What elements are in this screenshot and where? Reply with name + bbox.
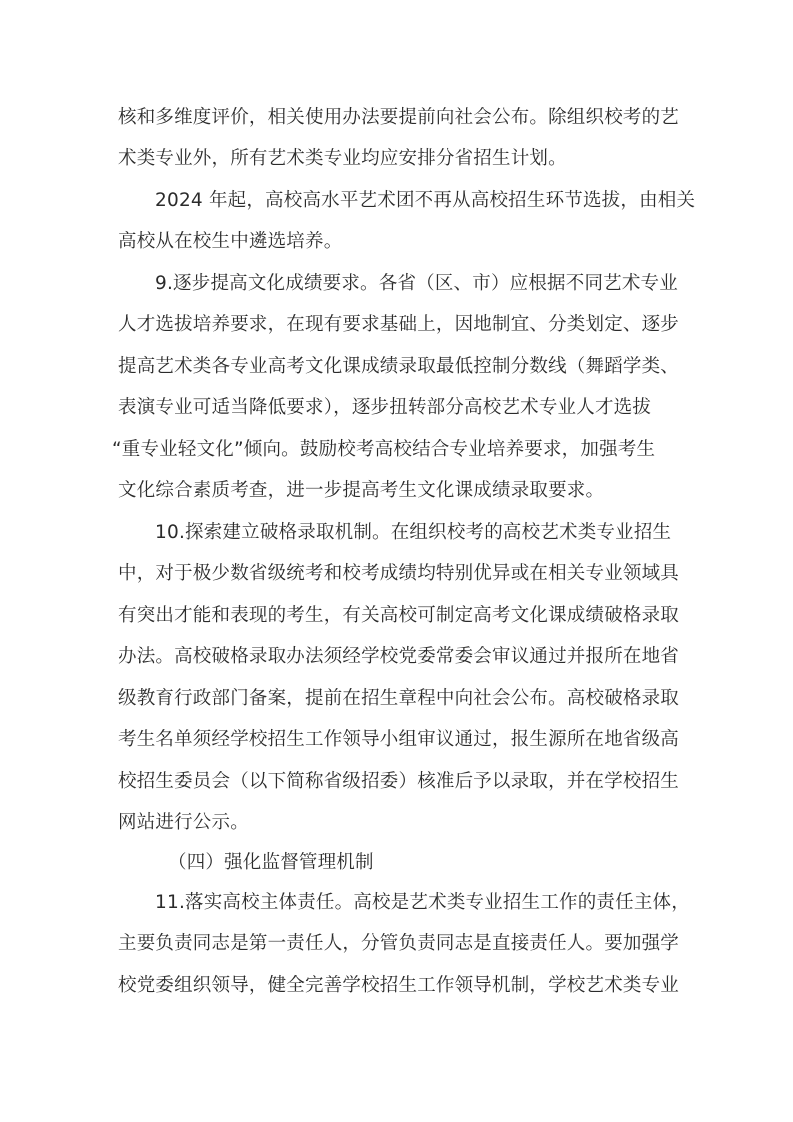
text-line: 校招生委员会（以下简称省级招委）核准后予以录取，并在学校招生	[118, 770, 678, 794]
text-line: 高校从在校生中遴选培养。	[118, 230, 678, 254]
document-page: 核和多维度评价，相关使用办法要提前向社会公布。除组织校考的艺 术类专业外，所有艺…	[0, 0, 793, 1122]
text-line: 文化综合素质考查，进一步提高考生文化课成绩录取要求。	[118, 479, 678, 503]
text-line: 人才选拔培养要求，在现有要求基础上，因地制宜、分类划定、逐步	[118, 313, 678, 337]
paragraph-start-line: 9.逐步提高文化成绩要求。各省（区、市）应根据不同艺术专业	[155, 272, 715, 296]
text-line: 术类专业外，所有艺术类专业均应安排分省招生计划。	[118, 147, 678, 171]
text-line: 网站进行公示。	[118, 811, 678, 835]
text-line: 考生名单须经学校招生工作领导小组审议通过，报生源所在地省级高	[118, 728, 678, 752]
paragraph-start-line: 10.探索建立破格录取机制。在组织校考的高校艺术类专业招生	[155, 521, 715, 545]
text-line: 校党委组织领导，健全完善学校招生工作领导机制，学校艺术类专业	[118, 974, 678, 998]
text-line: “重专业轻文化”倾向。鼓励校考高校结合专业培养要求，加强考生	[112, 438, 672, 462]
text-line: 核和多维度评价，相关使用办法要提前向社会公布。除组织校考的艺	[118, 106, 678, 130]
text-line: 表演专业可适当降低要求），逐步扭转部分高校艺术专业人才选拔	[118, 396, 678, 420]
paragraph-start-line: 2024 年起，高校高水平艺术团不再从高校招生环节选拔，由相关	[155, 189, 715, 213]
text-line: 中，对于极少数省级统考和校考成绩均特别优异或在相关专业领域具	[118, 562, 678, 586]
text-line: 提高艺术类各专业高考文化课成绩录取最低控制分数线（舞蹈学类、	[118, 355, 678, 379]
text-line: 办法。高校破格录取办法须经学校党委常委会审议通过并报所在地省	[118, 645, 678, 669]
text-line: 级教育行政部门备案，提前在招生章程中向社会公布。高校破格录取	[118, 687, 678, 711]
text-line: 主要负责同志是第一责任人，分管负责同志是直接责任人。要加强学	[118, 932, 678, 956]
section-heading: （四）强化监督管理机制	[168, 851, 728, 875]
text-line: 有突出才能和表现的考生，有关高校可制定高考文化课成绩破格录取	[118, 604, 678, 628]
paragraph-start-line: 11.落实高校主体责任。高校是艺术类专业招生工作的责任主体，	[155, 891, 715, 915]
